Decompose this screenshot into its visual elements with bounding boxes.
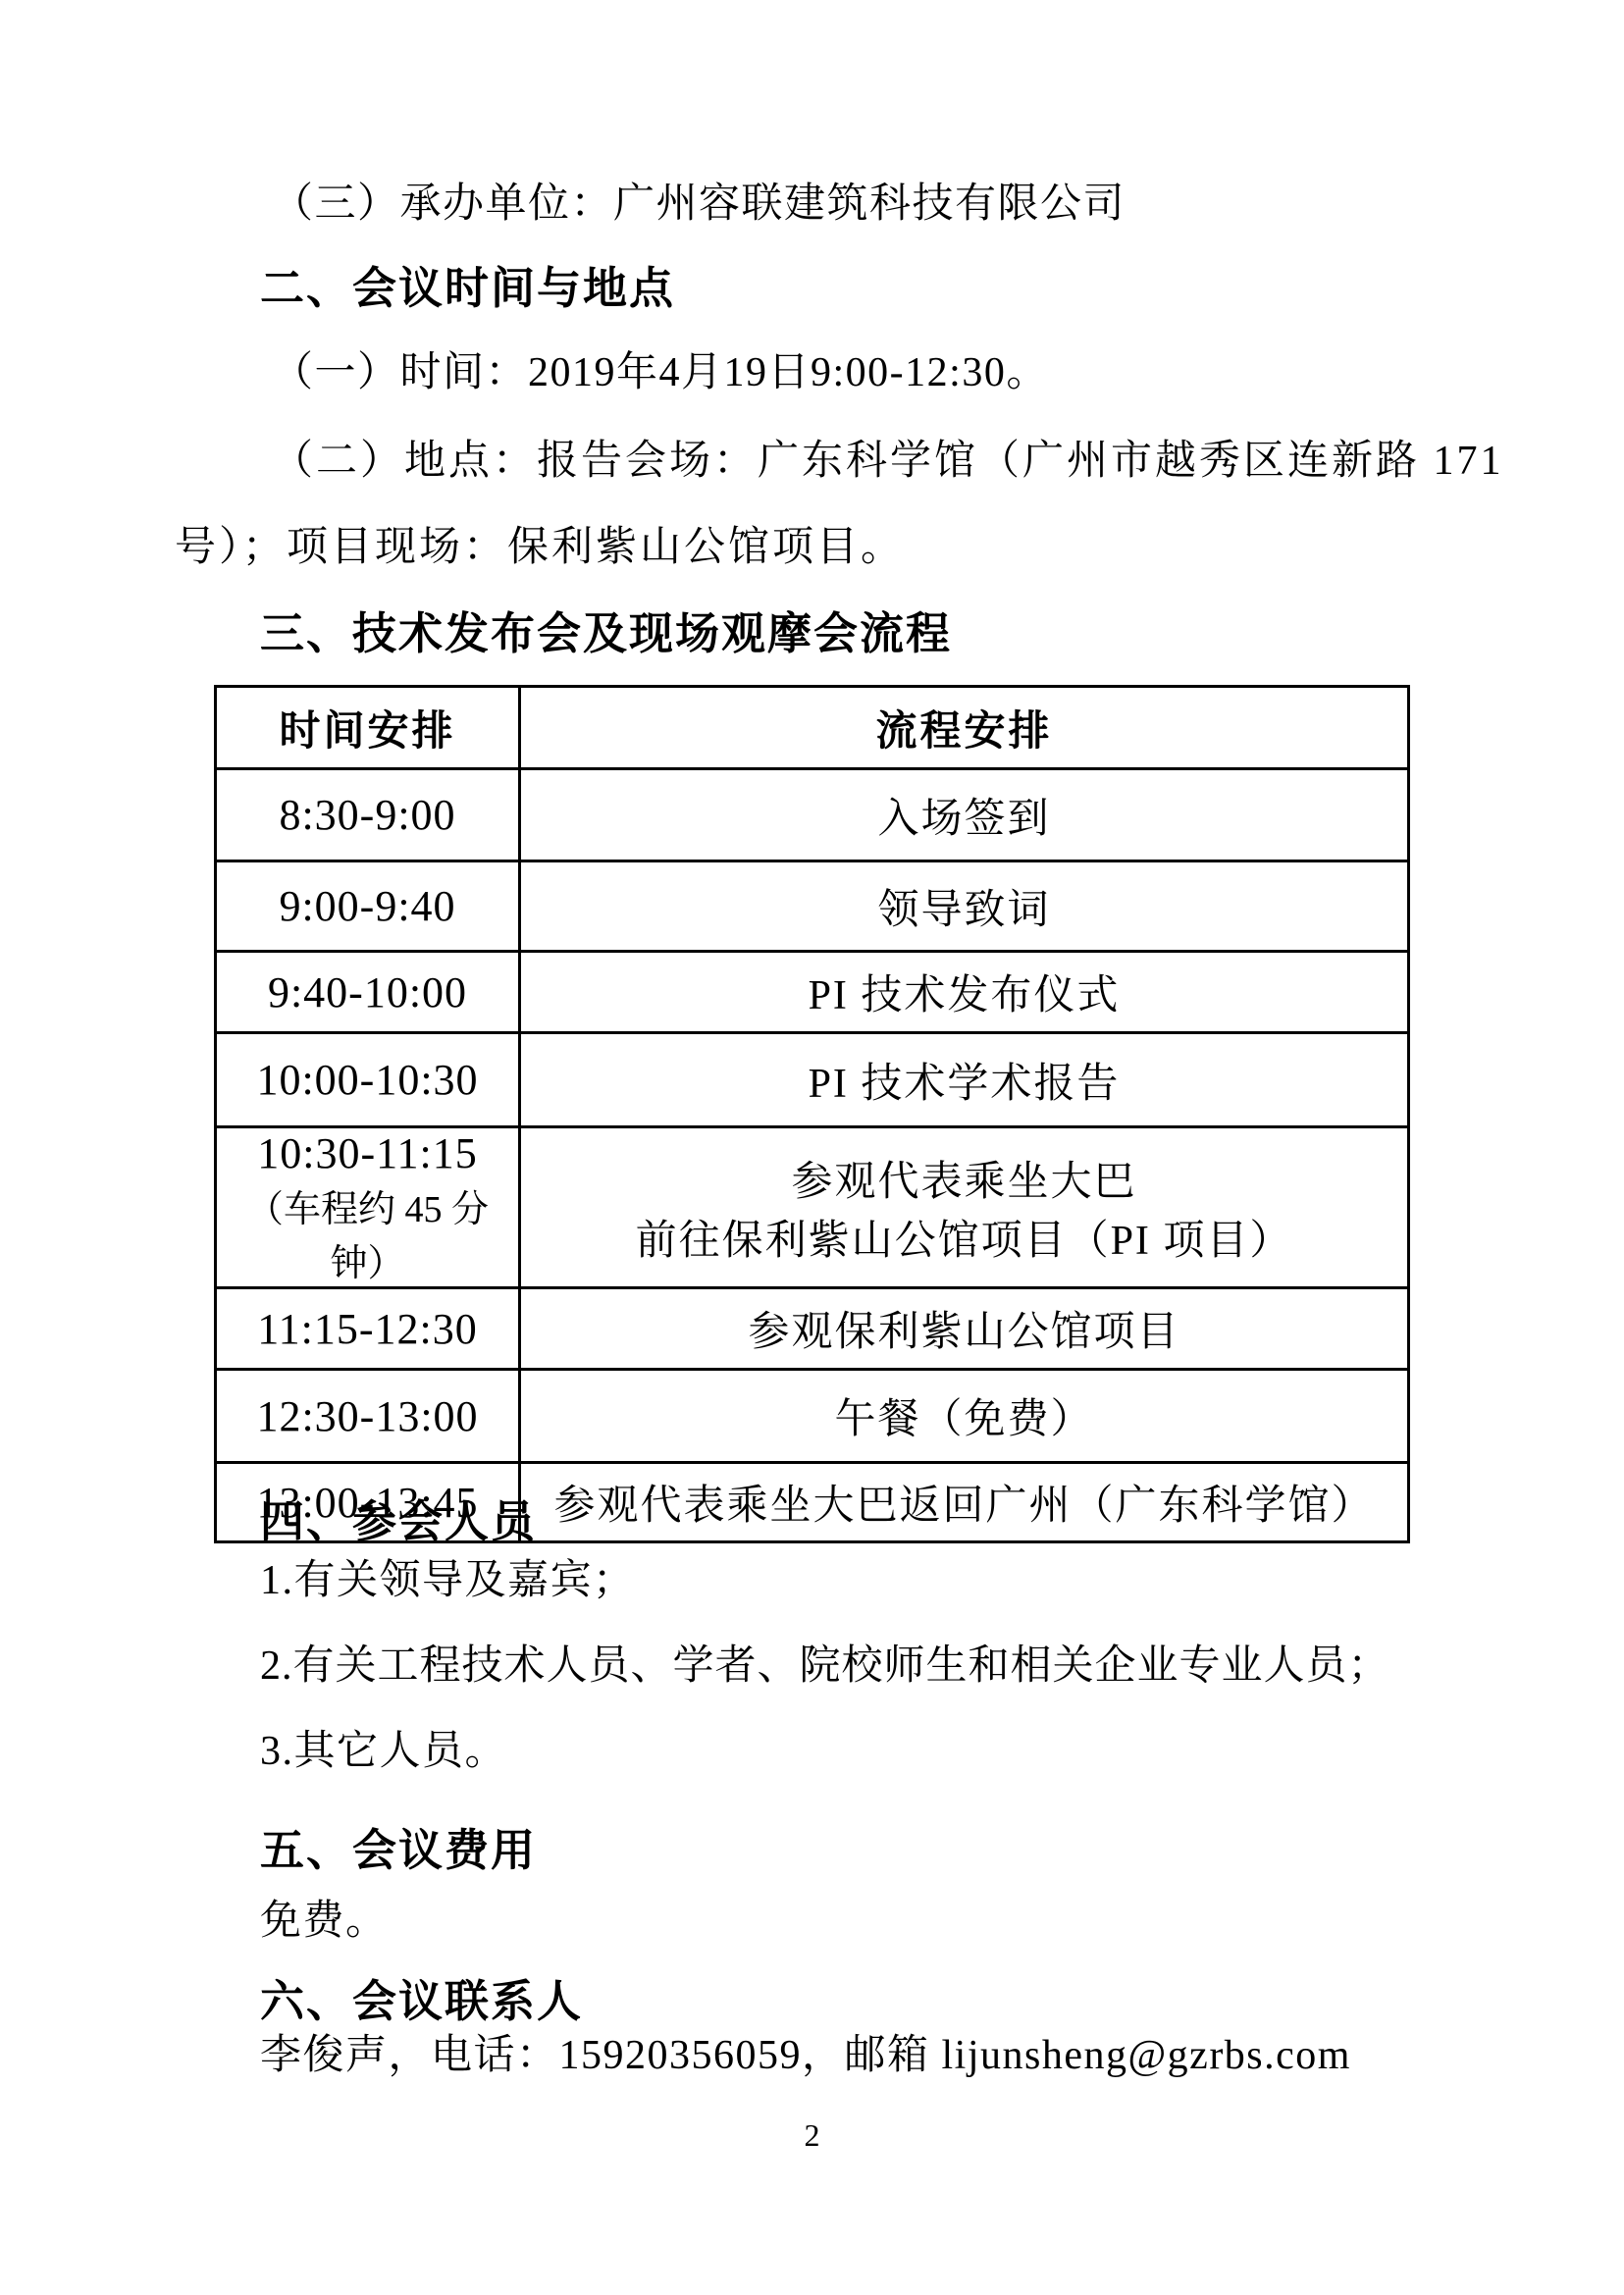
table-row: 11:15-12:30 参观保利紫山公馆项目 — [216, 1288, 1409, 1370]
cell-time: 11:15-12:30 — [216, 1288, 520, 1370]
para-time: （一）时间：2019年4月19日9:00-12:30。 — [272, 348, 1049, 397]
heading-section-6: 六、会议联系人 — [260, 1976, 583, 2027]
cell-activity: 入场签到 — [520, 769, 1409, 861]
cell-activity: PI 技术发布仪式 — [520, 952, 1409, 1033]
cell-activity-line: 前往保利紫山公馆项目（PI 项目） — [525, 1208, 1403, 1267]
cell-activity-line: 参观代表乘坐大巴 — [525, 1149, 1403, 1208]
table-row: 10:00-10:30 PI 技术学术报告 — [216, 1033, 1409, 1127]
cell-time: 8:30-9:00 — [216, 769, 520, 861]
table-row: 9:40-10:00 PI 技术发布仪式 — [216, 952, 1409, 1033]
cell-activity: 参观保利紫山公馆项目 — [520, 1288, 1409, 1370]
cell-activity: PI 技术学术报告 — [520, 1033, 1409, 1127]
para-location-line1: （二）地点：报告会场：广东科学馆（广州市越秀区连新路 171 — [272, 437, 1504, 486]
heading-section-3: 三、技术发布会及现场观摩会流程 — [260, 608, 952, 659]
para-fee: 免费。 — [260, 1897, 389, 1946]
cell-time: 9:00-9:40 — [216, 861, 520, 952]
cell-activity: 参观代表乘坐大巴 前往保利紫山公馆项目（PI 项目） — [520, 1127, 1409, 1288]
cell-time: 10:00-10:30 — [216, 1033, 520, 1127]
participant-item-1: 1.有关领导及嘉宾； — [260, 1556, 636, 1605]
table-row: 10:30-11:15 （车程约 45 分钟） 参观代表乘坐大巴 前往保利紫山公… — [216, 1127, 1409, 1288]
schedule-table: 时间安排 流程安排 8:30-9:00 入场签到 9:00-9:40 领导致词 … — [214, 685, 1410, 1543]
cell-time: 9:40-10:00 — [216, 952, 520, 1033]
participant-item-2: 2.有关工程技术人员、学者、院校师生和相关企业专业人员； — [260, 1642, 1390, 1691]
table-row: 12:30-13:00 午餐（免费） — [216, 1370, 1409, 1463]
table-header-activity: 流程安排 — [520, 687, 1409, 769]
cell-activity: 参观代表乘坐大巴返回广州（广东科学馆） — [520, 1463, 1409, 1542]
para-organizer: （三）承办单位：广州容联建筑科技有限公司 — [272, 180, 1126, 229]
table-row: 9:00-9:40 领导致词 — [216, 861, 1409, 952]
heading-section-4: 四、参会人员 — [260, 1496, 537, 1547]
cell-time-note: （车程约 45 分钟） — [221, 1178, 514, 1286]
table-header-row: 时间安排 流程安排 — [216, 687, 1409, 769]
para-location-line2: 号）；项目现场：保利紫山公馆项目。 — [175, 523, 905, 572]
cell-activity: 领导致词 — [520, 861, 1409, 952]
table-row: 8:30-9:00 入场签到 — [216, 769, 1409, 861]
heading-section-5: 五、会议费用 — [260, 1825, 537, 1876]
heading-section-2: 二、会议时间与地点 — [260, 263, 675, 314]
para-contact: 李俊声，电话：15920356059，邮箱 lijunsheng@gzrbs.c… — [260, 2031, 1351, 2080]
cell-time: 12:30-13:00 — [216, 1370, 520, 1463]
document-page: （三）承办单位：广州容联建筑科技有限公司 二、会议时间与地点 （一）时间：201… — [0, 0, 1624, 2295]
cell-time-line: 10:30-11:15 — [221, 1128, 514, 1178]
page-number: 2 — [0, 2117, 1624, 2154]
participant-item-3: 3.其它人员。 — [260, 1727, 507, 1776]
table-header-time: 时间安排 — [216, 687, 520, 769]
cell-time: 10:30-11:15 （车程约 45 分钟） — [216, 1127, 520, 1288]
cell-activity: 午餐（免费） — [520, 1370, 1409, 1463]
